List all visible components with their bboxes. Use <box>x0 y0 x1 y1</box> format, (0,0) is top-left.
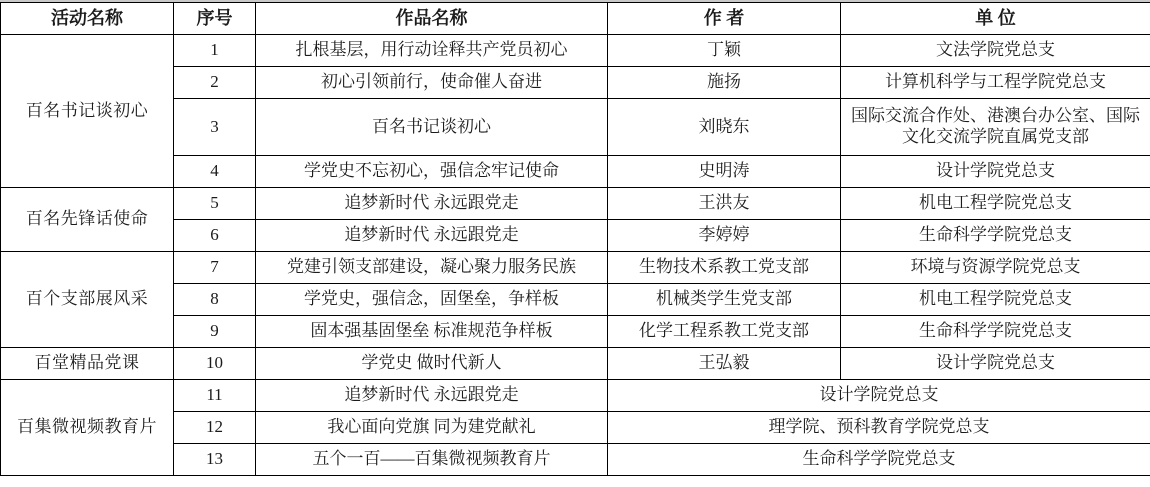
unit-cell: 生命科学学院党总支 <box>841 316 1150 348</box>
author-cell: 施扬 <box>608 67 841 99</box>
author-cell: 生物技术系教工党支部 <box>608 252 841 284</box>
table-row: 12 我心面向党旗 同为建党献礼 理学院、预科教育学院党总支 <box>1 412 1150 444</box>
table-row: 6 追梦新时代 永远跟党走 李婷婷 生命科学学院党总支 <box>1 220 1150 252</box>
author-cell: 刘晓东 <box>608 99 841 156</box>
author-unit-merged-cell: 设计学院党总支 <box>608 380 1150 412</box>
table-row: 百名先锋话使命 5 追梦新时代 永远跟党走 王洪友 机电工程学院党总支 <box>1 188 1150 220</box>
work-title-cell: 固本强基固堡垒 标准规范争样板 <box>256 316 608 348</box>
work-title-cell: 扎根基层，用行动诠释共产党员初心 <box>256 35 608 67</box>
document-sheet: 活动名称 序号 作品名称 作 者 单 位 百名书记谈初心 1 扎根基层，用行动诠… <box>0 0 1150 487</box>
author-unit-merged-cell: 理学院、预科教育学院党总支 <box>608 412 1150 444</box>
activity-group-cell: 百名书记谈初心 <box>1 35 174 188</box>
author-cell: 王洪友 <box>608 188 841 220</box>
author-cell: 史明涛 <box>608 156 841 188</box>
table-row: 13 五个一百——百集微视频教育片 生命科学学院党总支 <box>1 444 1150 476</box>
table-row: 百集微视频教育片 11 追梦新时代 永远跟党走 设计学院党总支 <box>1 380 1150 412</box>
author-unit-merged-cell: 生命科学学院党总支 <box>608 444 1150 476</box>
work-title-cell: 学党史不忘初心，强信念牢记使命 <box>256 156 608 188</box>
table-row: 4 学党史不忘初心，强信念牢记使命 史明涛 设计学院党总支 <box>1 156 1150 188</box>
unit-cell: 生命科学学院党总支 <box>841 220 1150 252</box>
table-row: 3 百名书记谈初心 刘晓东 国际交流合作处、港澳台办公室、国际文化交流学院直属党… <box>1 99 1150 156</box>
author-cell: 丁颖 <box>608 35 841 67</box>
work-title-cell: 五个一百——百集微视频教育片 <box>256 444 608 476</box>
header-row: 活动名称 序号 作品名称 作 者 单 位 <box>1 3 1150 35</box>
work-title-cell: 党建引领支部建设，凝心聚力服务民族 <box>256 252 608 284</box>
work-title-cell: 初心引领前行，使命催人奋进 <box>256 67 608 99</box>
serial-cell: 5 <box>174 188 256 220</box>
unit-cell: 计算机科学与工程学院党总支 <box>841 67 1150 99</box>
work-title-cell: 追梦新时代 永远跟党走 <box>256 380 608 412</box>
serial-cell: 12 <box>174 412 256 444</box>
activity-group-cell: 百集微视频教育片 <box>1 380 174 476</box>
header-unit: 单 位 <box>841 3 1150 35</box>
table-row: 百堂精品党课 10 学党史 做时代新人 王弘毅 设计学院党总支 <box>1 348 1150 380</box>
activity-group-cell: 百个支部展风采 <box>1 252 174 348</box>
header-activity-name: 活动名称 <box>1 3 174 35</box>
unit-cell: 机电工程学院党总支 <box>841 188 1150 220</box>
table-row: 百名书记谈初心 1 扎根基层，用行动诠释共产党员初心 丁颖 文法学院党总支 <box>1 35 1150 67</box>
serial-cell: 3 <box>174 99 256 156</box>
serial-cell: 2 <box>174 67 256 99</box>
work-title-cell: 百名书记谈初心 <box>256 99 608 156</box>
table-body: 百名书记谈初心 1 扎根基层，用行动诠释共产党员初心 丁颖 文法学院党总支 2 … <box>1 35 1150 476</box>
author-cell: 机械类学生党支部 <box>608 284 841 316</box>
serial-cell: 1 <box>174 35 256 67</box>
table-row: 9 固本强基固堡垒 标准规范争样板 化学工程系教工党支部 生命科学学院党总支 <box>1 316 1150 348</box>
header-work-title: 作品名称 <box>256 3 608 35</box>
author-cell: 李婷婷 <box>608 220 841 252</box>
table-row: 百个支部展风采 7 党建引领支部建设，凝心聚力服务民族 生物技术系教工党支部 环… <box>1 252 1150 284</box>
unit-cell: 文法学院党总支 <box>841 35 1150 67</box>
work-title-cell: 学党史 做时代新人 <box>256 348 608 380</box>
work-title-cell: 学党史，强信念，固堡垒，争样板 <box>256 284 608 316</box>
serial-cell: 6 <box>174 220 256 252</box>
header-author: 作 者 <box>608 3 841 35</box>
table-row: 8 学党史，强信念，固堡垒，争样板 机械类学生党支部 机电工程学院党总支 <box>1 284 1150 316</box>
serial-cell: 10 <box>174 348 256 380</box>
work-title-cell: 追梦新时代 永远跟党走 <box>256 188 608 220</box>
serial-cell: 8 <box>174 284 256 316</box>
serial-cell: 7 <box>174 252 256 284</box>
work-title-cell: 我心面向党旗 同为建党献礼 <box>256 412 608 444</box>
activity-group-cell: 百堂精品党课 <box>1 348 174 380</box>
table-row: 2 初心引领前行，使命催人奋进 施扬 计算机科学与工程学院党总支 <box>1 67 1150 99</box>
author-cell: 王弘毅 <box>608 348 841 380</box>
work-title-cell: 追梦新时代 永远跟党走 <box>256 220 608 252</box>
table-header: 活动名称 序号 作品名称 作 者 单 位 <box>1 3 1150 35</box>
unit-cell: 机电工程学院党总支 <box>841 284 1150 316</box>
activity-group-cell: 百名先锋话使命 <box>1 188 174 252</box>
awards-table: 活动名称 序号 作品名称 作 者 单 位 百名书记谈初心 1 扎根基层，用行动诠… <box>0 2 1150 476</box>
serial-cell: 13 <box>174 444 256 476</box>
unit-cell: 设计学院党总支 <box>841 348 1150 380</box>
serial-cell: 9 <box>174 316 256 348</box>
unit-cell: 设计学院党总支 <box>841 156 1150 188</box>
unit-cell: 环境与资源学院党总支 <box>841 252 1150 284</box>
header-serial-no: 序号 <box>174 3 256 35</box>
serial-cell: 11 <box>174 380 256 412</box>
unit-cell: 国际交流合作处、港澳台办公室、国际文化交流学院直属党支部 <box>841 99 1150 156</box>
author-cell: 化学工程系教工党支部 <box>608 316 841 348</box>
serial-cell: 4 <box>174 156 256 188</box>
